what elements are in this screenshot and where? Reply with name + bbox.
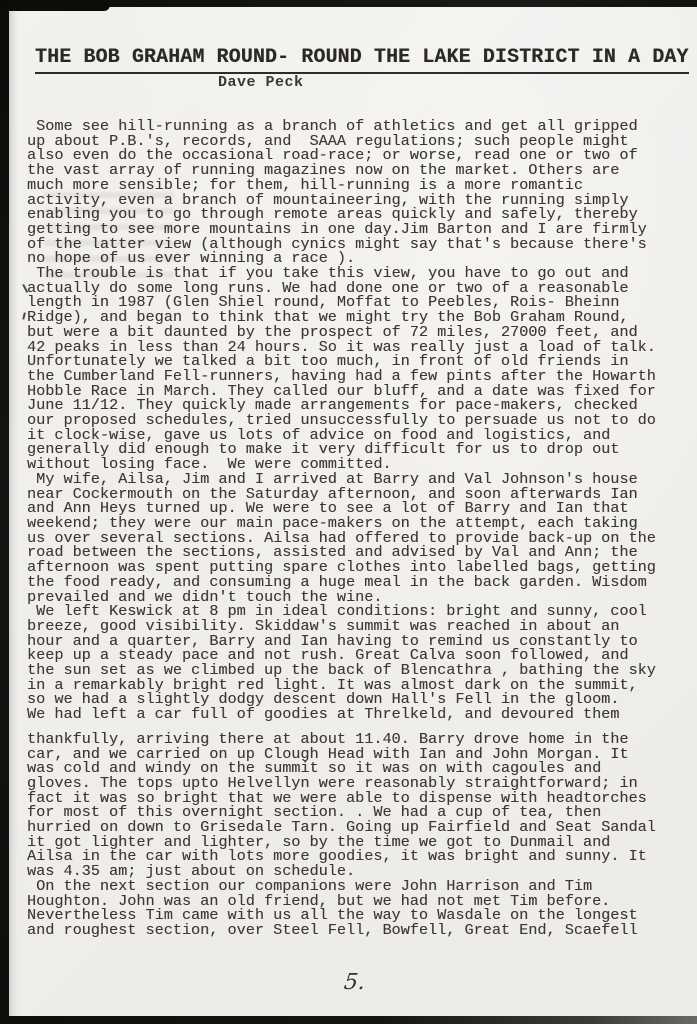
page-title: THE BOB GRAHAM ROUND- ROUND THE LAKE DIS…	[35, 46, 689, 74]
scan-border-top-corner	[0, 0, 110, 11]
paragraph-5: thankfully, arriving there at about 11.4…	[27, 732, 682, 879]
scan-border-bottom	[0, 1016, 697, 1024]
scanned-page: THE BOB GRAHAM ROUND- ROUND THE LAKE DIS…	[0, 0, 697, 1024]
scan-border-left	[0, 0, 9, 1024]
paragraph-3: My wife, Ailsa, Jim and I arrived at Bar…	[27, 472, 682, 604]
article-body: Some see hill-running as a branch of ath…	[27, 119, 682, 938]
paragraph-2: The trouble is that if you take this vie…	[27, 266, 682, 472]
paragraph-4: We left Keswick at 8 pm in ideal conditi…	[27, 604, 682, 722]
paragraph-1: Some see hill-running as a branch of ath…	[27, 119, 682, 266]
paragraph-6: On the next section our companions were …	[27, 879, 682, 938]
page-number: 5.	[343, 970, 367, 995]
author-byline: Dave Peck	[218, 74, 304, 91]
page-edge-shadow	[9, 0, 18, 1024]
